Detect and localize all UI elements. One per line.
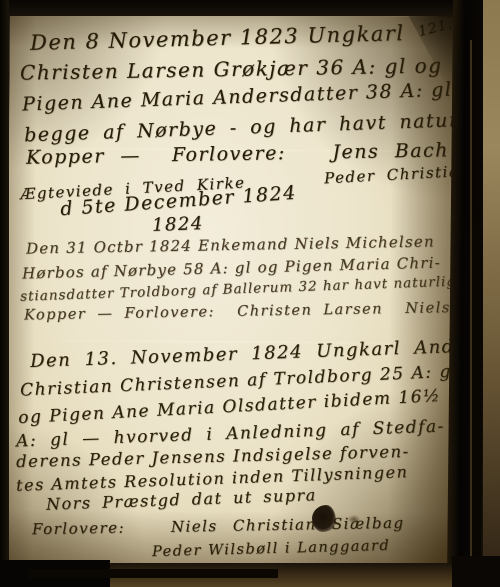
ink-blot (312, 505, 336, 532)
register-line: Den 31 Octbr 1824 Enkemand Niels Michels… (26, 232, 435, 257)
binding-edge (483, 0, 500, 587)
manuscript-photo: Den 8 November 1823 Ungkarl Christen Lar… (0, 0, 500, 587)
ink-blot (348, 515, 360, 524)
register-line: Den 8 November 1823 Ungkarl (30, 21, 405, 55)
handwriting-layer: Den 8 November 1823 Ungkarl Christen Lar… (0, 0, 500, 587)
register-line: Peder Wilsbøll i Langgaard (152, 538, 391, 560)
photo-frame-left (0, 0, 9, 587)
register-line: Pigen Ane Maria Andersdatter 38 A: gl (22, 78, 453, 115)
register-line: Christen Larsen Grøkjær 36 A: gl og (20, 53, 443, 84)
register-line: Kopper — Forlovere: Christen Larsen Niel… (24, 298, 500, 323)
register-line: 1824 (152, 213, 205, 236)
photo-frame-bottom-right (452, 556, 500, 587)
page-edge-highlight (470, 40, 472, 560)
binding-gutter (447, 0, 487, 587)
photo-frame-top (0, 0, 500, 16)
photo-frame-bottom-bar (28, 569, 278, 578)
